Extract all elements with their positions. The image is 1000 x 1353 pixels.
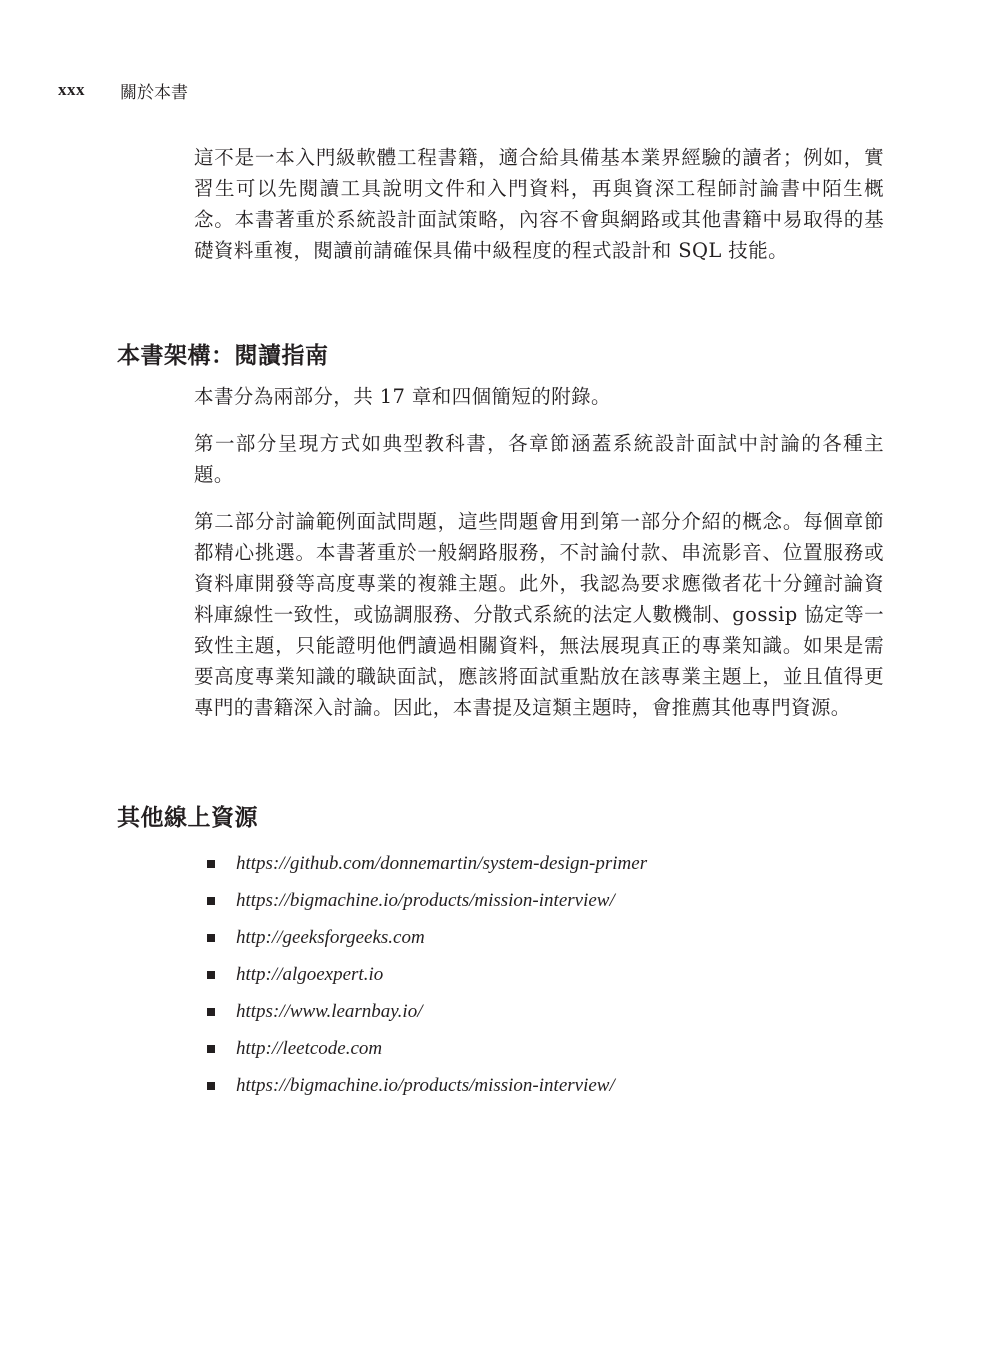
- list-item: https://bigmachine.io/products/mission-i…: [205, 882, 647, 919]
- resource-link[interactable]: https://bigmachine.io/products/mission-i…: [236, 890, 615, 912]
- structure-paragraph-1: 本書分為兩部分，共 17 章和四個簡短的附錄。: [194, 381, 884, 412]
- square-bullet-icon: [207, 934, 215, 942]
- list-item: http://leetcode.com: [205, 1030, 647, 1067]
- list-item: http://geeksforgeeks.com: [205, 919, 647, 956]
- resource-link[interactable]: http://geeksforgeeks.com: [236, 927, 425, 949]
- list-item: https://www.learnbay.io/: [205, 993, 647, 1030]
- page-number: xxx: [58, 80, 120, 100]
- resource-link[interactable]: https://bigmachine.io/products/mission-i…: [236, 1075, 615, 1097]
- list-item: http://algoexpert.io: [205, 956, 647, 993]
- resource-link[interactable]: https://www.learnbay.io/: [236, 1001, 423, 1023]
- square-bullet-icon: [207, 1082, 215, 1090]
- list-item: https://bigmachine.io/products/mission-i…: [205, 1067, 647, 1104]
- resource-list: https://github.com/donnemartin/system-de…: [205, 845, 647, 1104]
- structure-paragraph-3: 第二部分討論範例面試問題，這些問題會用到第一部分介紹的概念。每個章節都精心挑選。…: [194, 506, 884, 723]
- resource-link[interactable]: http://leetcode.com: [236, 1038, 382, 1060]
- resource-link[interactable]: http://algoexpert.io: [236, 964, 383, 986]
- structure-paragraph-2: 第一部分呈現方式如典型教科書，各章節涵蓋系統設計面試中討論的各種主題。: [194, 428, 884, 490]
- section-heading-resources: 其他線上資源: [117, 799, 258, 832]
- square-bullet-icon: [207, 971, 215, 979]
- running-head: xxx 關於本書: [58, 78, 188, 102]
- running-title: 關於本書: [120, 78, 188, 103]
- square-bullet-icon: [207, 897, 215, 905]
- intro-paragraph: 這不是一本入門級軟體工程書籍，適合給具備基本業界經驗的讀者；例如，實習生可以先閱…: [194, 142, 884, 266]
- section-heading-structure: 本書架構：閱讀指南: [117, 337, 329, 370]
- resource-link[interactable]: https://github.com/donnemartin/system-de…: [236, 853, 647, 875]
- square-bullet-icon: [207, 1008, 215, 1016]
- square-bullet-icon: [207, 860, 215, 868]
- square-bullet-icon: [207, 1045, 215, 1053]
- list-item: https://github.com/donnemartin/system-de…: [205, 845, 647, 882]
